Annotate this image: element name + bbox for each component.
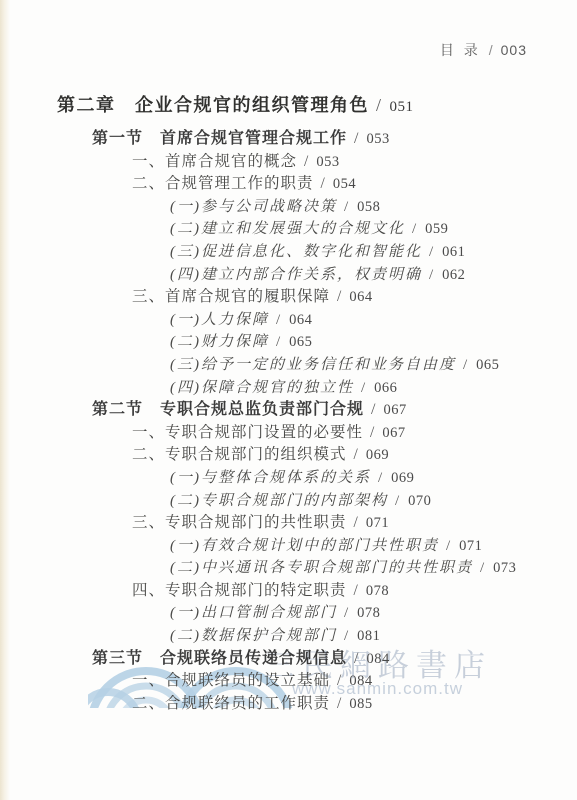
toc-entry-title: (二)财力保障 (170, 334, 269, 350)
toc-entry-page: 058 (357, 199, 380, 215)
toc-entry-title: 四、专职合规部门的特定职责 (132, 582, 347, 599)
toc-entry-separator: / (337, 695, 342, 712)
toc-entry-title: 第一节 首席合规官管理合规工作 (92, 130, 347, 147)
toc-entry-page: 067 (383, 402, 406, 418)
toc-entry-section: 第一节 首席合规官管理合规工作/053 (0, 128, 577, 151)
toc-entry-title: 第二节 专职合规总监负责部门合规 (92, 401, 364, 418)
toc-entry-title: 二、专职合规部门的组织模式 (132, 446, 347, 463)
toc-entry-title: 一、合规联络员的设立基础 (132, 672, 330, 689)
toc-entry-title: (四)保障合规官的独立性 (170, 380, 354, 396)
toc-entry-page: 085 (349, 696, 372, 712)
toc-entry-subitem: (二)中兴通讯各专职合规部门的共性职责/073 (0, 557, 577, 580)
toc-entry-subitem: (二)财力保障/065 (0, 331, 577, 354)
toc-entry-item: 四、专职合规部门的特定职责/078 (0, 580, 577, 603)
toc-entry-page: 051 (390, 99, 414, 115)
toc-entry-separator: / (361, 380, 367, 396)
toc-entry-separator: / (304, 153, 309, 170)
toc-entry-title: 一、首席合规官的概念 (132, 153, 297, 170)
toc-entry-item: 二、合规联络员的工作职责/085 (0, 693, 577, 716)
toc-entry-page: 059 (425, 221, 448, 237)
toc-entry-separator: / (371, 401, 376, 418)
toc-entry-title: (一)出口管制合规部门 (170, 605, 337, 621)
toc-entry-subitem: (一)与整体合规体系的关系/069 (0, 467, 577, 490)
running-header: 目 录/003 (440, 40, 527, 60)
toc-entry-page: 073 (493, 560, 516, 576)
toc-entry-subitem: (四)保障合规官的独立性/066 (0, 377, 577, 400)
toc-entry-page: 053 (316, 154, 339, 170)
toc-entry-page: 078 (357, 605, 380, 621)
toc-entry-separator: / (354, 650, 359, 667)
toc-entry-subitem: (二)建立和发展强大的合规文化/059 (0, 218, 577, 241)
toc-entry-subitem: (二)专职合规部门的内部架构/070 (0, 490, 577, 513)
toc-entry-page: 053 (366, 131, 389, 147)
toc-entry-title: 二、合规联络员的工作职责 (132, 695, 330, 712)
toc-entry-page: 071 (366, 515, 389, 531)
toc-entry-separator: / (412, 221, 418, 237)
toc-entry-separator: / (337, 672, 342, 689)
toc-entry-subitem: (一)人力保障/064 (0, 309, 577, 332)
toc-entry-separator: / (429, 267, 435, 283)
header-separator: / (489, 42, 493, 58)
toc-entry-page: 065 (476, 357, 499, 373)
toc-entry-separator: / (446, 538, 452, 554)
toc-entry-page: 071 (459, 538, 482, 554)
toc-entry-separator: / (376, 95, 383, 115)
toc-entry-page: 078 (366, 583, 389, 599)
toc-entry-title: 第二章 企业合规官的组织管理角色 (57, 95, 369, 115)
toc-entry-separator: / (480, 560, 486, 576)
toc-entry-title: (二)专职合规部门的内部架构 (170, 493, 388, 509)
toc-entry-item: 三、首席合规官的履职保障/064 (0, 286, 577, 309)
toc-entry-subitem: (一)有效合规计划中的部门共性职责/071 (0, 535, 577, 558)
toc-entry-chapter: 第二章 企业合规官的组织管理角色/051 (0, 95, 577, 128)
toc-entry-title: 第三节 合规联络员传递合规信息 (92, 650, 347, 667)
toc-entry-subitem: (二)数据保护合规部门/081 (0, 625, 577, 648)
toc-entry-title: (一)人力保障 (170, 312, 269, 328)
toc-entry-page: 054 (333, 176, 356, 192)
toc-entry-page: 067 (382, 425, 405, 441)
toc-entry-separator: / (337, 288, 342, 305)
toc-entry-separator: / (463, 357, 469, 373)
toc-entry-page: 064 (349, 289, 372, 305)
toc-entry-subitem: (一)参与公司战略决策/058 (0, 196, 577, 219)
toc-entry-separator: / (344, 628, 350, 644)
header-title: 目 录 (440, 42, 481, 58)
toc-entry-title: 一、专职合规部门设置的必要性 (132, 424, 363, 441)
toc-entry-separator: / (354, 582, 359, 599)
toc-entry-separator: / (354, 514, 359, 531)
toc-entry-subitem: (三)给予一定的业务信任和业务自由度/065 (0, 354, 577, 377)
toc-entry-page: 064 (289, 312, 312, 328)
toc-entry-item: 一、合规联络员的设立基础/084 (0, 670, 577, 693)
toc-entry-title: 三、专职合规部门的共性职责 (132, 514, 347, 531)
toc-entry-separator: / (344, 605, 350, 621)
toc-entry-title: (二)数据保护合规部门 (170, 628, 337, 644)
toc-entry-subitem: (一)出口管制合规部门/078 (0, 602, 577, 625)
toc-entry-page: 061 (442, 244, 465, 260)
toc-entry-separator: / (378, 470, 384, 486)
toc-entry-separator: / (354, 130, 359, 147)
toc-entry-page: 069 (366, 447, 389, 463)
toc-entry-page: 065 (289, 334, 312, 350)
toc-entry-page: 070 (408, 493, 431, 509)
toc-entry-item: 一、首席合规官的概念/053 (0, 151, 577, 174)
toc-entry-separator: / (395, 493, 401, 509)
toc-entry-page: 084 (349, 673, 372, 689)
toc-entry-separator: / (354, 446, 359, 463)
toc-entry-title: (一)有效合规计划中的部门共性职责 (170, 538, 439, 554)
toc-entry-separator: / (276, 334, 282, 350)
toc-list: 第二章 企业合规官的组织管理角色/051第一节 首席合规官管理合规工作/053一… (0, 95, 577, 715)
toc-entry-separator: / (429, 244, 435, 260)
toc-entry-title: (一)与整体合规体系的关系 (170, 470, 371, 486)
toc-entry-separator: / (276, 312, 282, 328)
toc-entry-title: (四)建立内部合作关系，权责明确 (170, 267, 422, 283)
toc-entry-section: 第三节 合规联络员传递合规信息/084 (0, 648, 577, 671)
toc-entry-title: (二)中兴通讯各专职合规部门的共性职责 (170, 560, 473, 576)
toc-entry-title: 二、合规管理工作的职责 (132, 175, 314, 192)
toc-entry-item: 二、专职合规部门的组织模式/069 (0, 444, 577, 467)
toc-entry-separator: / (370, 424, 375, 441)
toc-entry-subitem: (四)建立内部合作关系，权责明确/062 (0, 264, 577, 287)
toc-entry-item: 三、专职合规部门的共性职责/071 (0, 512, 577, 535)
toc-entry-page: 084 (366, 651, 389, 667)
toc-entry-section: 第二节 专职合规总监负责部门合规/067 (0, 399, 577, 422)
toc-entry-subitem: (三)促进信息化、数字化和智能化/061 (0, 241, 577, 264)
toc-entry-title: (一)参与公司战略决策 (170, 199, 337, 215)
toc-entry-page: 081 (357, 628, 380, 644)
toc-entry-title: (三)促进信息化、数字化和智能化 (170, 244, 422, 260)
toc-entry-item: 二、合规管理工作的职责/054 (0, 173, 577, 196)
toc-entry-title: 三、首席合规官的履职保障 (132, 288, 330, 305)
toc-entry-title: (三)给予一定的业务信任和业务自由度 (170, 357, 456, 373)
toc-entry-title: (二)建立和发展强大的合规文化 (170, 221, 405, 237)
toc-entry-page: 069 (391, 470, 414, 486)
header-page-number: 003 (501, 42, 527, 58)
toc-entry-page: 066 (374, 380, 397, 396)
toc-entry-separator: / (321, 175, 326, 192)
toc-entry-separator: / (344, 199, 350, 215)
toc-entry-page: 062 (442, 267, 465, 283)
toc-entry-item: 一、专职合规部门设置的必要性/067 (0, 422, 577, 445)
